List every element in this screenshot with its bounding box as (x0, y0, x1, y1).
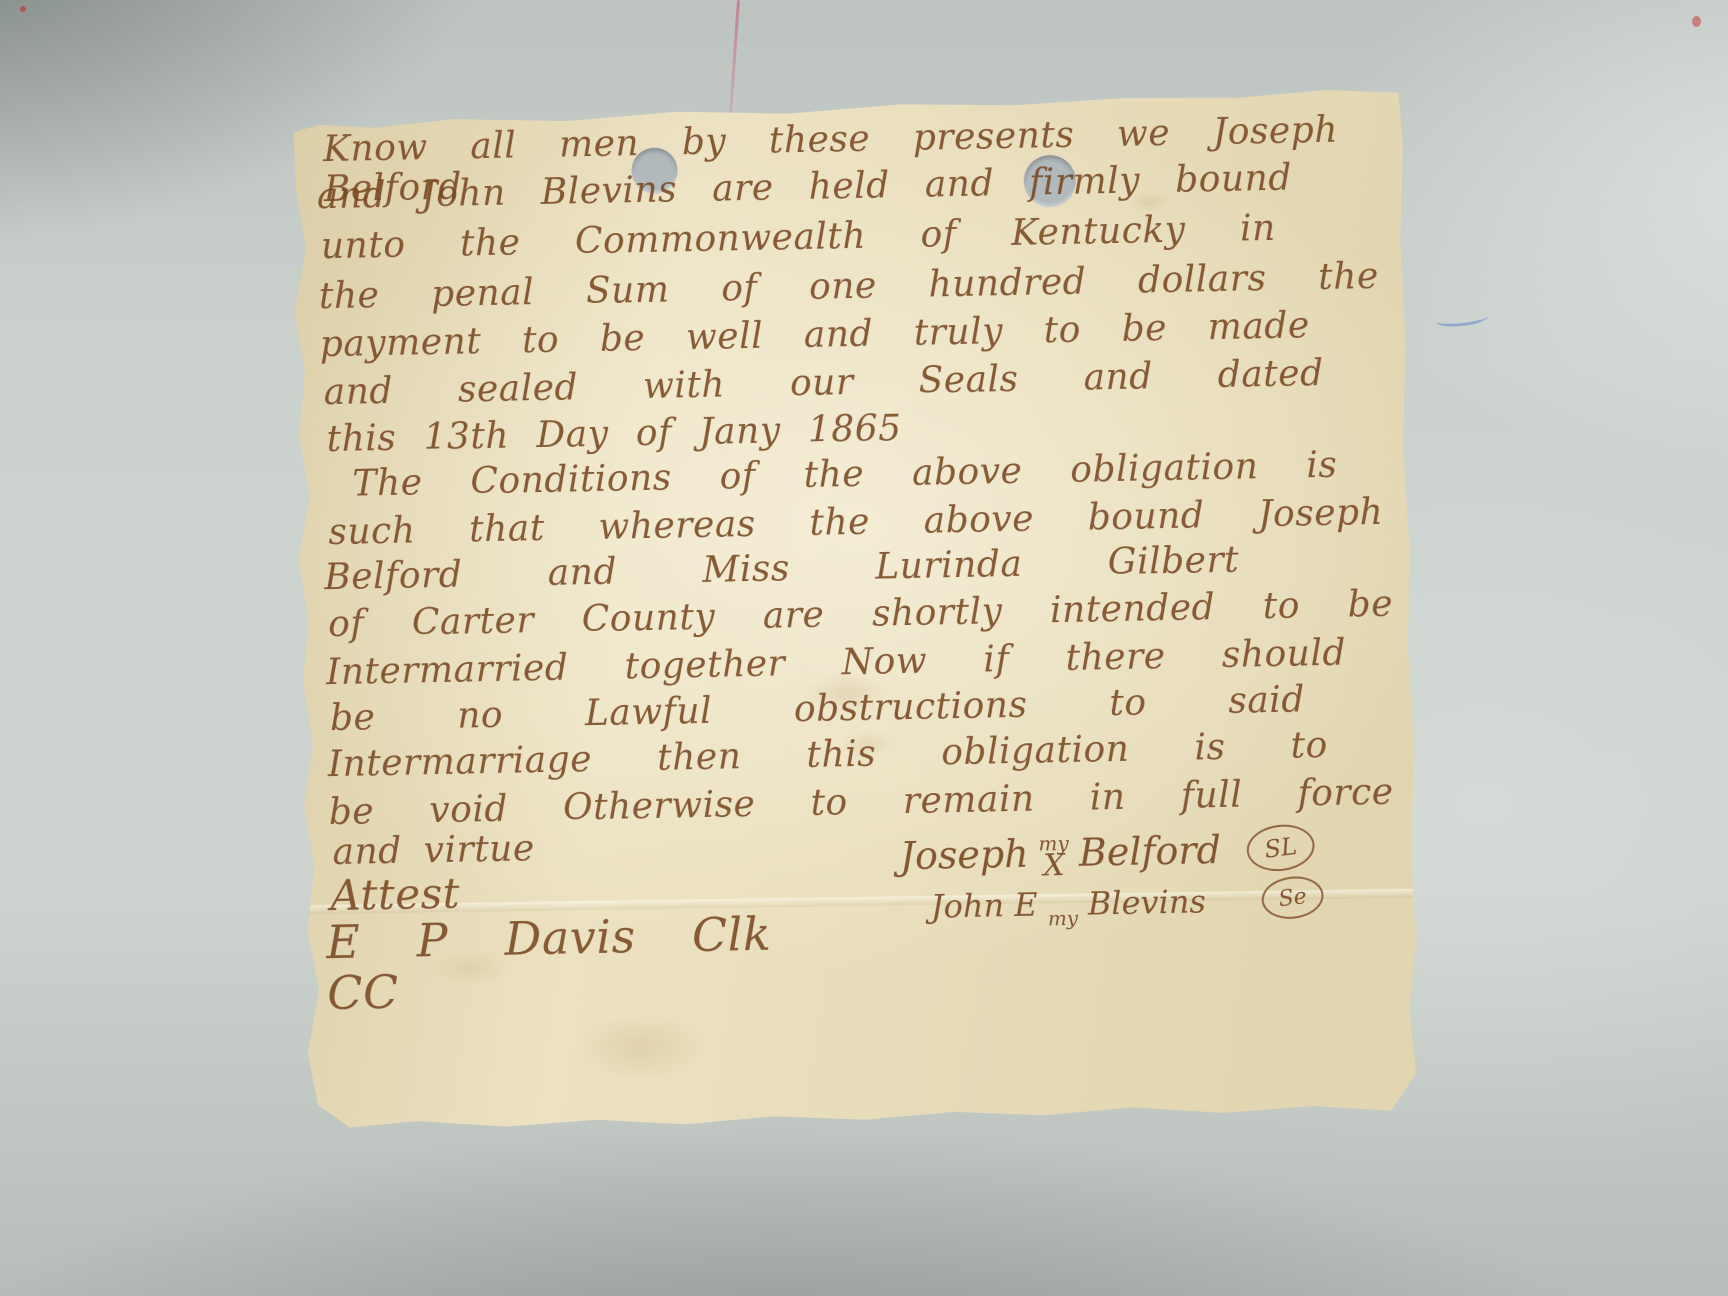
pink-fiber (729, 0, 740, 116)
x-mark: X (1043, 852, 1065, 879)
handwritten-line-16: and virtue (332, 829, 535, 872)
mark-note: my (1048, 909, 1079, 928)
handwritten-line-6: and sealed with our Seals and dated (323, 354, 1324, 413)
handwritten-line-3: unto the Commonwealth of Kentucky in (321, 209, 1277, 267)
signer-surname: Belford (1078, 828, 1221, 875)
signer-surname: Blevins (1087, 882, 1206, 922)
red-speck (20, 6, 26, 12)
paper: Know all men by these presents we Joseph… (285, 84, 1425, 1135)
seal-icon: SL (1244, 821, 1317, 875)
his-mark: my (1048, 909, 1079, 928)
red-speck (1692, 16, 1701, 27)
seal-icon: Se (1259, 873, 1326, 922)
signature-john-blevins: John E my Blevins Se (930, 876, 1324, 926)
clerk-signature: E P Davis Clk CC (326, 909, 773, 1019)
photo-background: Know all men by these presents we Joseph… (0, 0, 1728, 1296)
signer-given-name: Joseph (899, 832, 1029, 878)
signer-given-name: John E (930, 886, 1038, 926)
his-mark: my X (1038, 834, 1069, 880)
signature-joseph-belford: Joseph my X Belford SL (899, 824, 1315, 878)
handwritten-line-7: this 13th Day of Jany 1865 (326, 409, 902, 460)
blue-pen-mark (1435, 309, 1488, 328)
